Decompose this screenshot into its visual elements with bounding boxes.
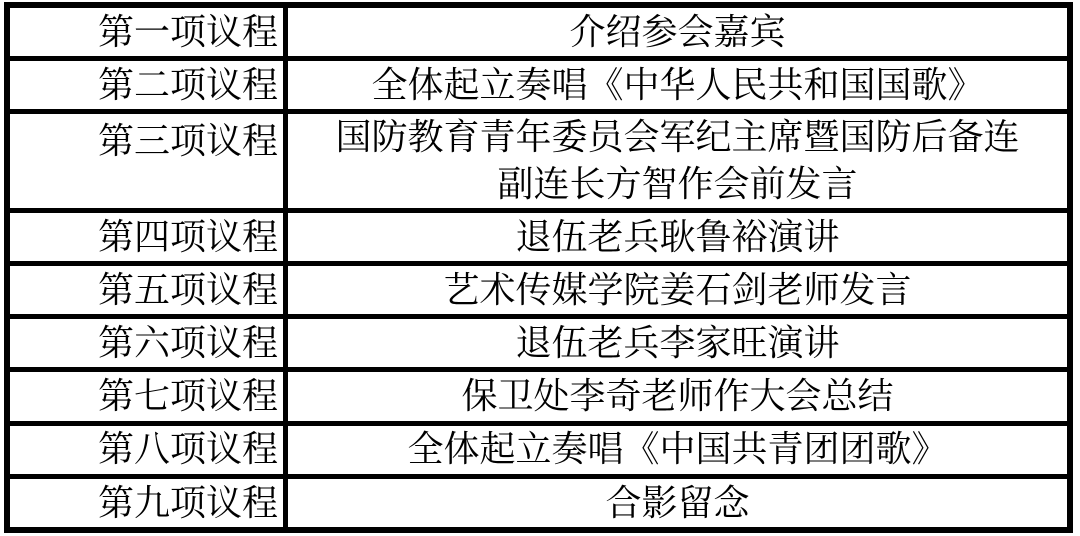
agenda-table: 第一项议程 介绍参会嘉宾 第二项议程 全体起立奏唱《中华人民共和国国歌》 第三项… xyxy=(4,2,1073,533)
agenda-item-content: 保卫处李奇老师作大会总结 xyxy=(286,370,1071,423)
agenda-item-label: 第二项议程 xyxy=(7,59,286,112)
table-row: 第三项议程 国防教育青年委员会军纪主席暨国防后备连 副连长方智作会前发言 xyxy=(7,112,1070,211)
table-row: 第二项议程 全体起立奏唱《中华人民共和国国歌》 xyxy=(7,59,1070,112)
agenda-item-label: 第八项议程 xyxy=(7,423,286,476)
agenda-item-label: 第五项议程 xyxy=(7,264,286,317)
agenda-item-label: 第六项议程 xyxy=(7,317,286,370)
agenda-item-content: 全体起立奏唱《中华人民共和国国歌》 xyxy=(286,59,1071,112)
table-row: 第九项议程 合影留念 xyxy=(7,476,1070,530)
agenda-item-content: 艺术传媒学院姜石剑老师发言 xyxy=(286,264,1071,317)
agenda-item-content: 退伍老兵耿鲁裕演讲 xyxy=(286,210,1071,263)
agenda-item-label: 第一项议程 xyxy=(7,5,286,59)
table-row: 第五项议程 艺术传媒学院姜石剑老师发言 xyxy=(7,264,1070,317)
table-row: 第八项议程 全体起立奏唱《中国共青团团歌》 xyxy=(7,423,1070,476)
agenda-page: 第一项议程 介绍参会嘉宾 第二项议程 全体起立奏唱《中华人民共和国国歌》 第三项… xyxy=(0,0,1080,536)
table-row: 第六项议程 退伍老兵李家旺演讲 xyxy=(7,317,1070,370)
agenda-item-label: 第四项议程 xyxy=(7,210,286,263)
table-row: 第四项议程 退伍老兵耿鲁裕演讲 xyxy=(7,210,1070,263)
agenda-item-content: 全体起立奏唱《中国共青团团歌》 xyxy=(286,423,1071,476)
agenda-item-content: 介绍参会嘉宾 xyxy=(286,5,1071,59)
agenda-item-content: 退伍老兵李家旺演讲 xyxy=(286,317,1071,370)
agenda-item-label: 第九项议程 xyxy=(7,476,286,530)
table-row: 第七项议程 保卫处李奇老师作大会总结 xyxy=(7,370,1070,423)
table-row: 第一项议程 介绍参会嘉宾 xyxy=(7,5,1070,59)
agenda-item-content: 国防教育青年委员会军纪主席暨国防后备连 副连长方智作会前发言 xyxy=(286,112,1071,211)
agenda-item-content: 合影留念 xyxy=(286,476,1071,530)
agenda-item-label: 第七项议程 xyxy=(7,370,286,423)
agenda-item-label: 第三项议程 xyxy=(7,112,286,211)
